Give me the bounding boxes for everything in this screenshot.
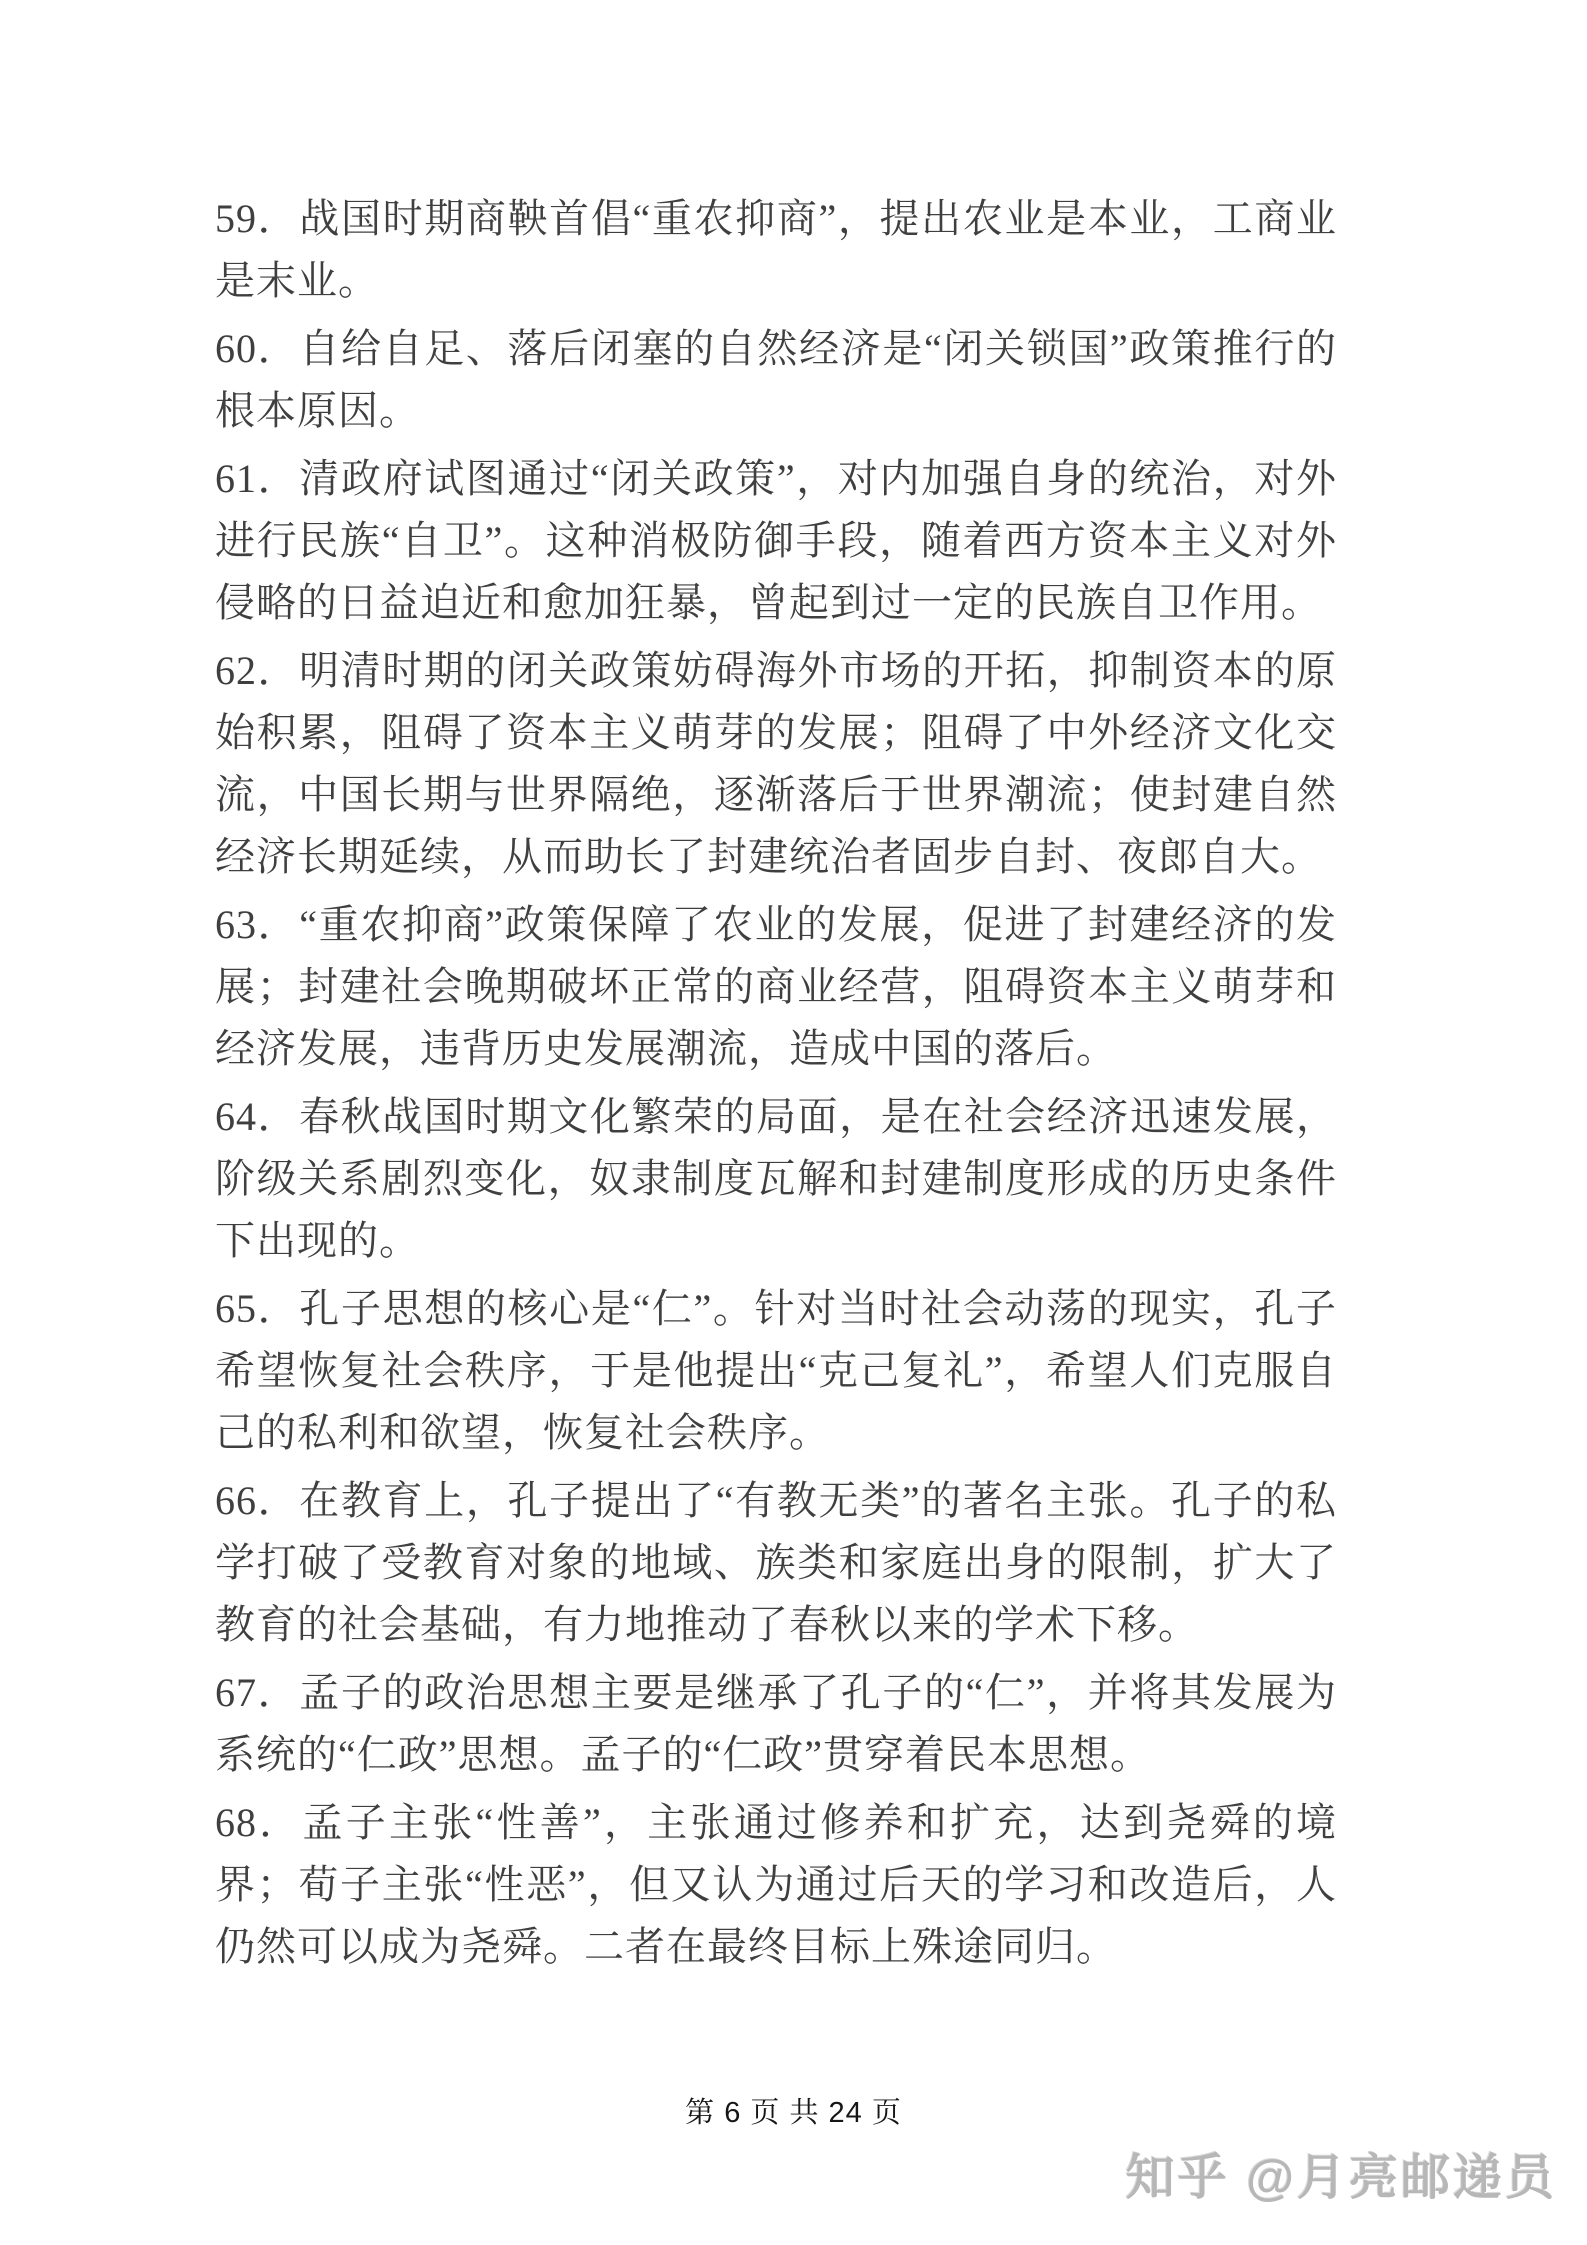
item-number: 68． [215,1800,303,1845]
item-text: 在教育上，孔子提出了“有教无类”的著名主张。孔子的私学打破了受教育对象的地域、族… [215,1478,1337,1647]
note-item-60: 60．自给自足、落后闭塞的自然经济是“闭关锁国”政策推行的根本原因。 [215,318,1337,442]
item-text: 孟子主张“性善”，主张通过修养和扩充，达到尧舜的境界；荀子主张“性恶”，但又认为… [215,1800,1337,1969]
notes-list: 59．战国时期商鞅首倡“重农抑商”，提出农业是本业，工商业是末业。 60．自给自… [215,188,1337,1984]
note-item-62: 62．明清时期的闭关政策妨碍海外市场的开拓，抑制资本的原始积累，阻碍了资本主义萌… [215,640,1337,888]
item-text: “重农抑商”政策保障了农业的发展，促进了封建经济的发展；封建社会晚期破坏正常的商… [215,902,1337,1071]
item-text: 明清时期的闭关政策妨碍海外市场的开拓，抑制资本的原始积累，阻碍了资本主义萌芽的发… [215,648,1337,879]
item-text: 自给自足、落后闭塞的自然经济是“闭关锁国”政策推行的根本原因。 [215,326,1337,433]
item-number: 67． [215,1670,299,1715]
note-item-59: 59．战国时期商鞅首倡“重农抑商”，提出农业是本业，工商业是末业。 [215,188,1337,312]
note-item-65: 65．孔子思想的核心是“仁”。针对当时社会动荡的现实，孔子希望恢复社会秩序，于是… [215,1278,1337,1464]
note-item-68: 68．孟子主张“性善”，主张通过修养和扩充，达到尧舜的境界；荀子主张“性恶”，但… [215,1792,1337,1978]
note-item-64: 64．春秋战国时期文化繁荣的局面，是在社会经济迅速发展，阶级关系剧烈变化，奴隶制… [215,1086,1337,1272]
item-text: 孟子的政治思想主要是继承了孔子的“仁”，并将其发展为系统的“仁政”思想。孟子的“… [215,1670,1337,1777]
zhihu-watermark: 知乎 @月亮邮递员 [1126,2139,1557,2209]
item-text: 清政府试图通过“闭关政策”，对内加强自身的统治，对外进行民族“自卫”。这种消极防… [215,456,1337,625]
item-text: 春秋战国时期文化繁荣的局面，是在社会经济迅速发展，阶级关系剧烈变化，奴隶制度瓦解… [215,1094,1337,1263]
item-number: 60． [215,326,299,371]
page-number-footer: 第 6 页 共 24 页 [0,2090,1587,2131]
item-number: 66． [215,1478,299,1523]
item-number: 65． [215,1286,299,1331]
note-item-63: 63．“重农抑商”政策保障了农业的发展，促进了封建经济的发展；封建社会晚期破坏正… [215,894,1337,1080]
item-number: 59． [215,196,299,241]
note-item-66: 66．在教育上，孔子提出了“有教无类”的著名主张。孔子的私学打破了受教育对象的地… [215,1470,1337,1656]
item-text: 战国时期商鞅首倡“重农抑商”，提出农业是本业，工商业是末业。 [215,196,1337,303]
item-number: 63． [215,902,299,947]
item-number: 64． [215,1094,299,1139]
item-text: 孔子思想的核心是“仁”。针对当时社会动荡的现实，孔子希望恢复社会秩序，于是他提出… [215,1286,1337,1455]
note-item-61: 61．清政府试图通过“闭关政策”，对内加强自身的统治，对外进行民族“自卫”。这种… [215,448,1337,634]
note-item-67: 67．孟子的政治思想主要是继承了孔子的“仁”，并将其发展为系统的“仁政”思想。孟… [215,1662,1337,1786]
item-number: 62． [215,648,299,693]
document-page: 59．战国时期商鞅首倡“重农抑商”，提出农业是本业，工商业是末业。 60．自给自… [0,0,1587,2245]
item-number: 61． [215,456,299,501]
